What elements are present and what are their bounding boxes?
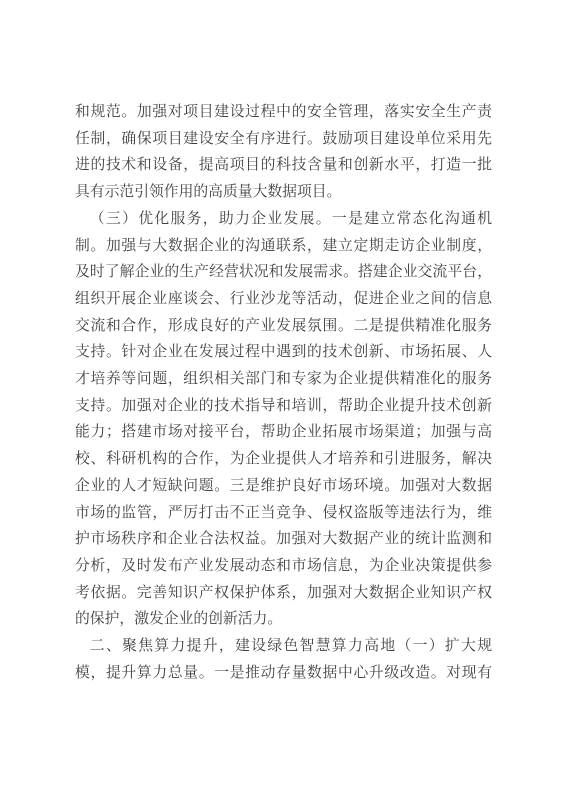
text-line: 二、聚焦算力提升，建设绿色智慧算力高地（一）扩大规	[75, 633, 492, 660]
text-line: 模，提升算力总量。一是推动存量数据中心升级改造。对现有	[75, 660, 492, 687]
document-page: 和规范。加强对项目建设过程中的安全管理，落实安全生产责 任制，确保项目建设安全有…	[0, 0, 570, 807]
text-line: 和规范。加强对项目建设过程中的安全管理，落实安全生产责	[75, 99, 492, 126]
text-line: 校、科研机构的合作，为企业提供人才培养和引进服务，解决	[75, 446, 492, 473]
text-line: 护市场秩序和企业合法权益。加强对大数据产业的统计监测和	[75, 526, 492, 553]
paragraph-section-three: （三）优化服务，助力企业发展。一是建立常态化沟通机 制。加强与大数据企业的沟通联…	[75, 206, 492, 633]
text-line: 的保护，激发企业的创新活力。	[75, 606, 492, 633]
paragraph-continuation: 和规范。加强对项目建设过程中的安全管理，落实安全生产责 任制，确保项目建设安全有…	[75, 99, 492, 206]
document-body: 和规范。加强对项目建设过程中的安全管理，落实安全生产责 任制，确保项目建设安全有…	[75, 99, 492, 686]
text-line: 市场的监管，严厉打击不正当竞争、侵权盗版等违法行为，维	[75, 500, 492, 527]
text-line: 才培养等问题，组织相关部门和专家为企业提供精准化的服务	[75, 366, 492, 393]
text-line: 及时了解企业的生产经营状况和发展需求。搭建企业交流平台，	[75, 259, 492, 286]
text-line: 考依据。完善知识产权保护体系，加强对大数据企业知识产权	[75, 580, 492, 607]
text-line: 组织开展企业座谈会、行业沙龙等活动，促进企业之间的信息	[75, 286, 492, 313]
text-line: 交流和合作，形成良好的产业发展氛围。二是提供精准化服务	[75, 313, 492, 340]
text-line: 能力；搭建市场对接平台，帮助企业拓展市场渠道；加强与高	[75, 419, 492, 446]
text-line: 分析，及时发布产业发展动态和市场信息，为企业决策提供参	[75, 553, 492, 580]
text-line: 企业的人才短缺问题。三是维护良好市场环境。加强对大数据	[75, 473, 492, 500]
text-line: 任制，确保项目建设安全有序进行。鼓励项目建设单位采用先	[75, 126, 492, 153]
paragraph-section-two-heading: 二、聚焦算力提升，建设绿色智慧算力高地（一）扩大规 模，提升算力总量。一是推动存…	[75, 633, 492, 686]
text-line: 进的技术和设备，提高项目的科技含量和创新水平，打造一批	[75, 152, 492, 179]
text-line: 支持。针对企业在发展过程中遇到的技术创新、市场拓展、人	[75, 339, 492, 366]
text-line: 支持。加强对企业的技术指导和培训，帮助企业提升技术创新	[75, 393, 492, 420]
text-line: 具有示范引领作用的高质量大数据项目。	[75, 179, 492, 206]
text-line: 制。加强与大数据企业的沟通联系，建立定期走访企业制度，	[75, 233, 492, 260]
text-line: （三）优化服务，助力企业发展。一是建立常态化沟通机	[75, 206, 492, 233]
